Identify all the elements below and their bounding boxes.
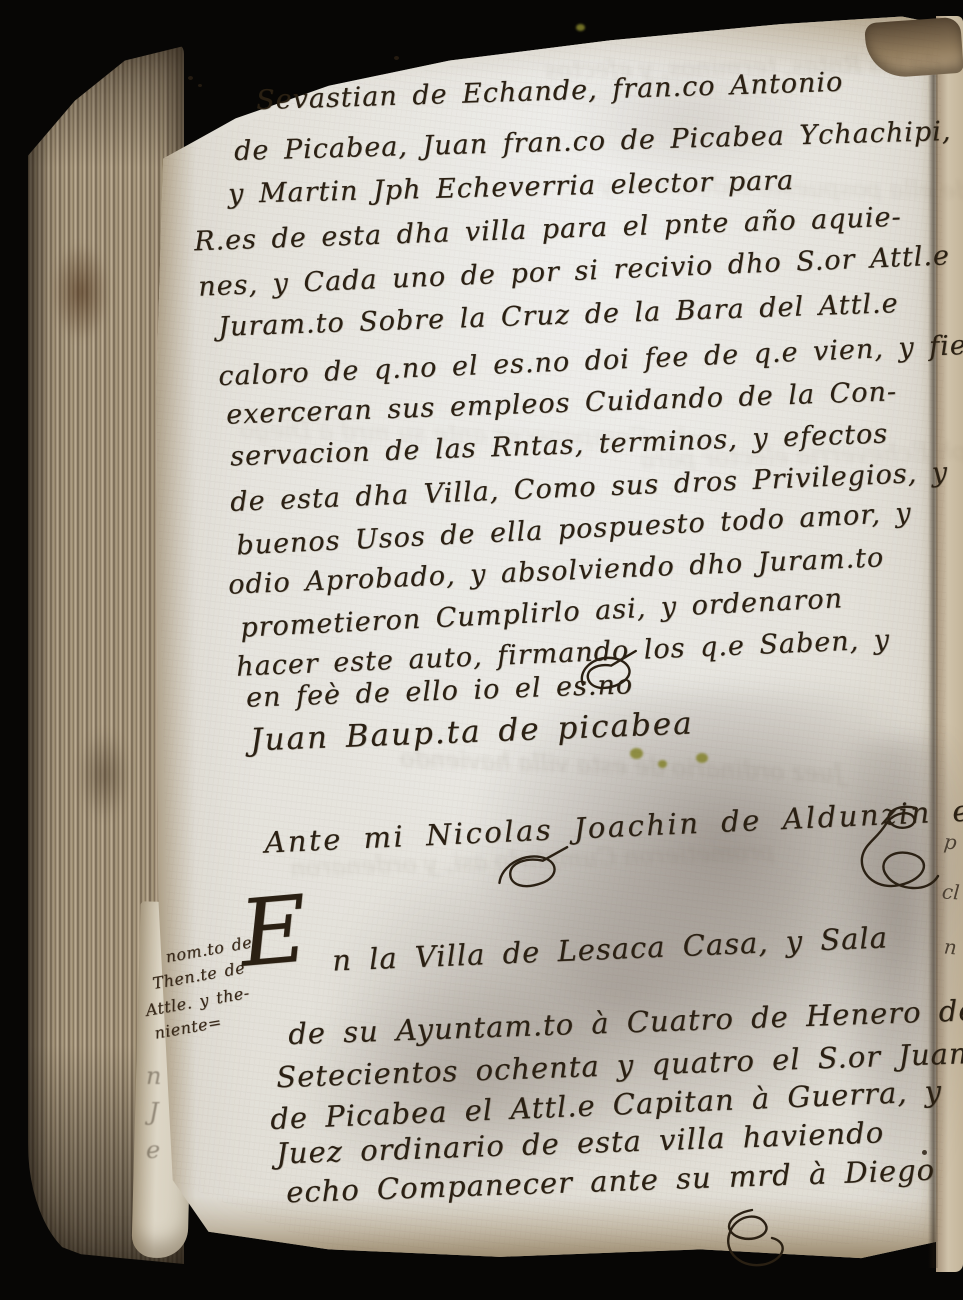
decorative-initial: E bbox=[237, 889, 312, 975]
mold-speck bbox=[576, 24, 585, 31]
next-page-ink-mark: cl bbox=[941, 879, 960, 904]
ink-speck bbox=[394, 56, 399, 60]
ghost-letter: J bbox=[149, 1098, 159, 1126]
crossed-loop-flourish bbox=[570, 646, 647, 701]
ghost-letter: n bbox=[146, 1062, 161, 1090]
manuscript-photo: { "photo": { "background_color": "#07060… bbox=[0, 0, 963, 1300]
fore-edge-stain bbox=[78, 730, 130, 820]
rubric-flourish bbox=[852, 802, 944, 916]
rubric-flourish bbox=[700, 1204, 800, 1280]
fore-edge-stain bbox=[52, 242, 110, 342]
ghost-letter: e bbox=[146, 1136, 160, 1164]
next-page-ink-mark: n bbox=[943, 934, 958, 959]
next-page-ink-mark: p bbox=[943, 829, 958, 854]
